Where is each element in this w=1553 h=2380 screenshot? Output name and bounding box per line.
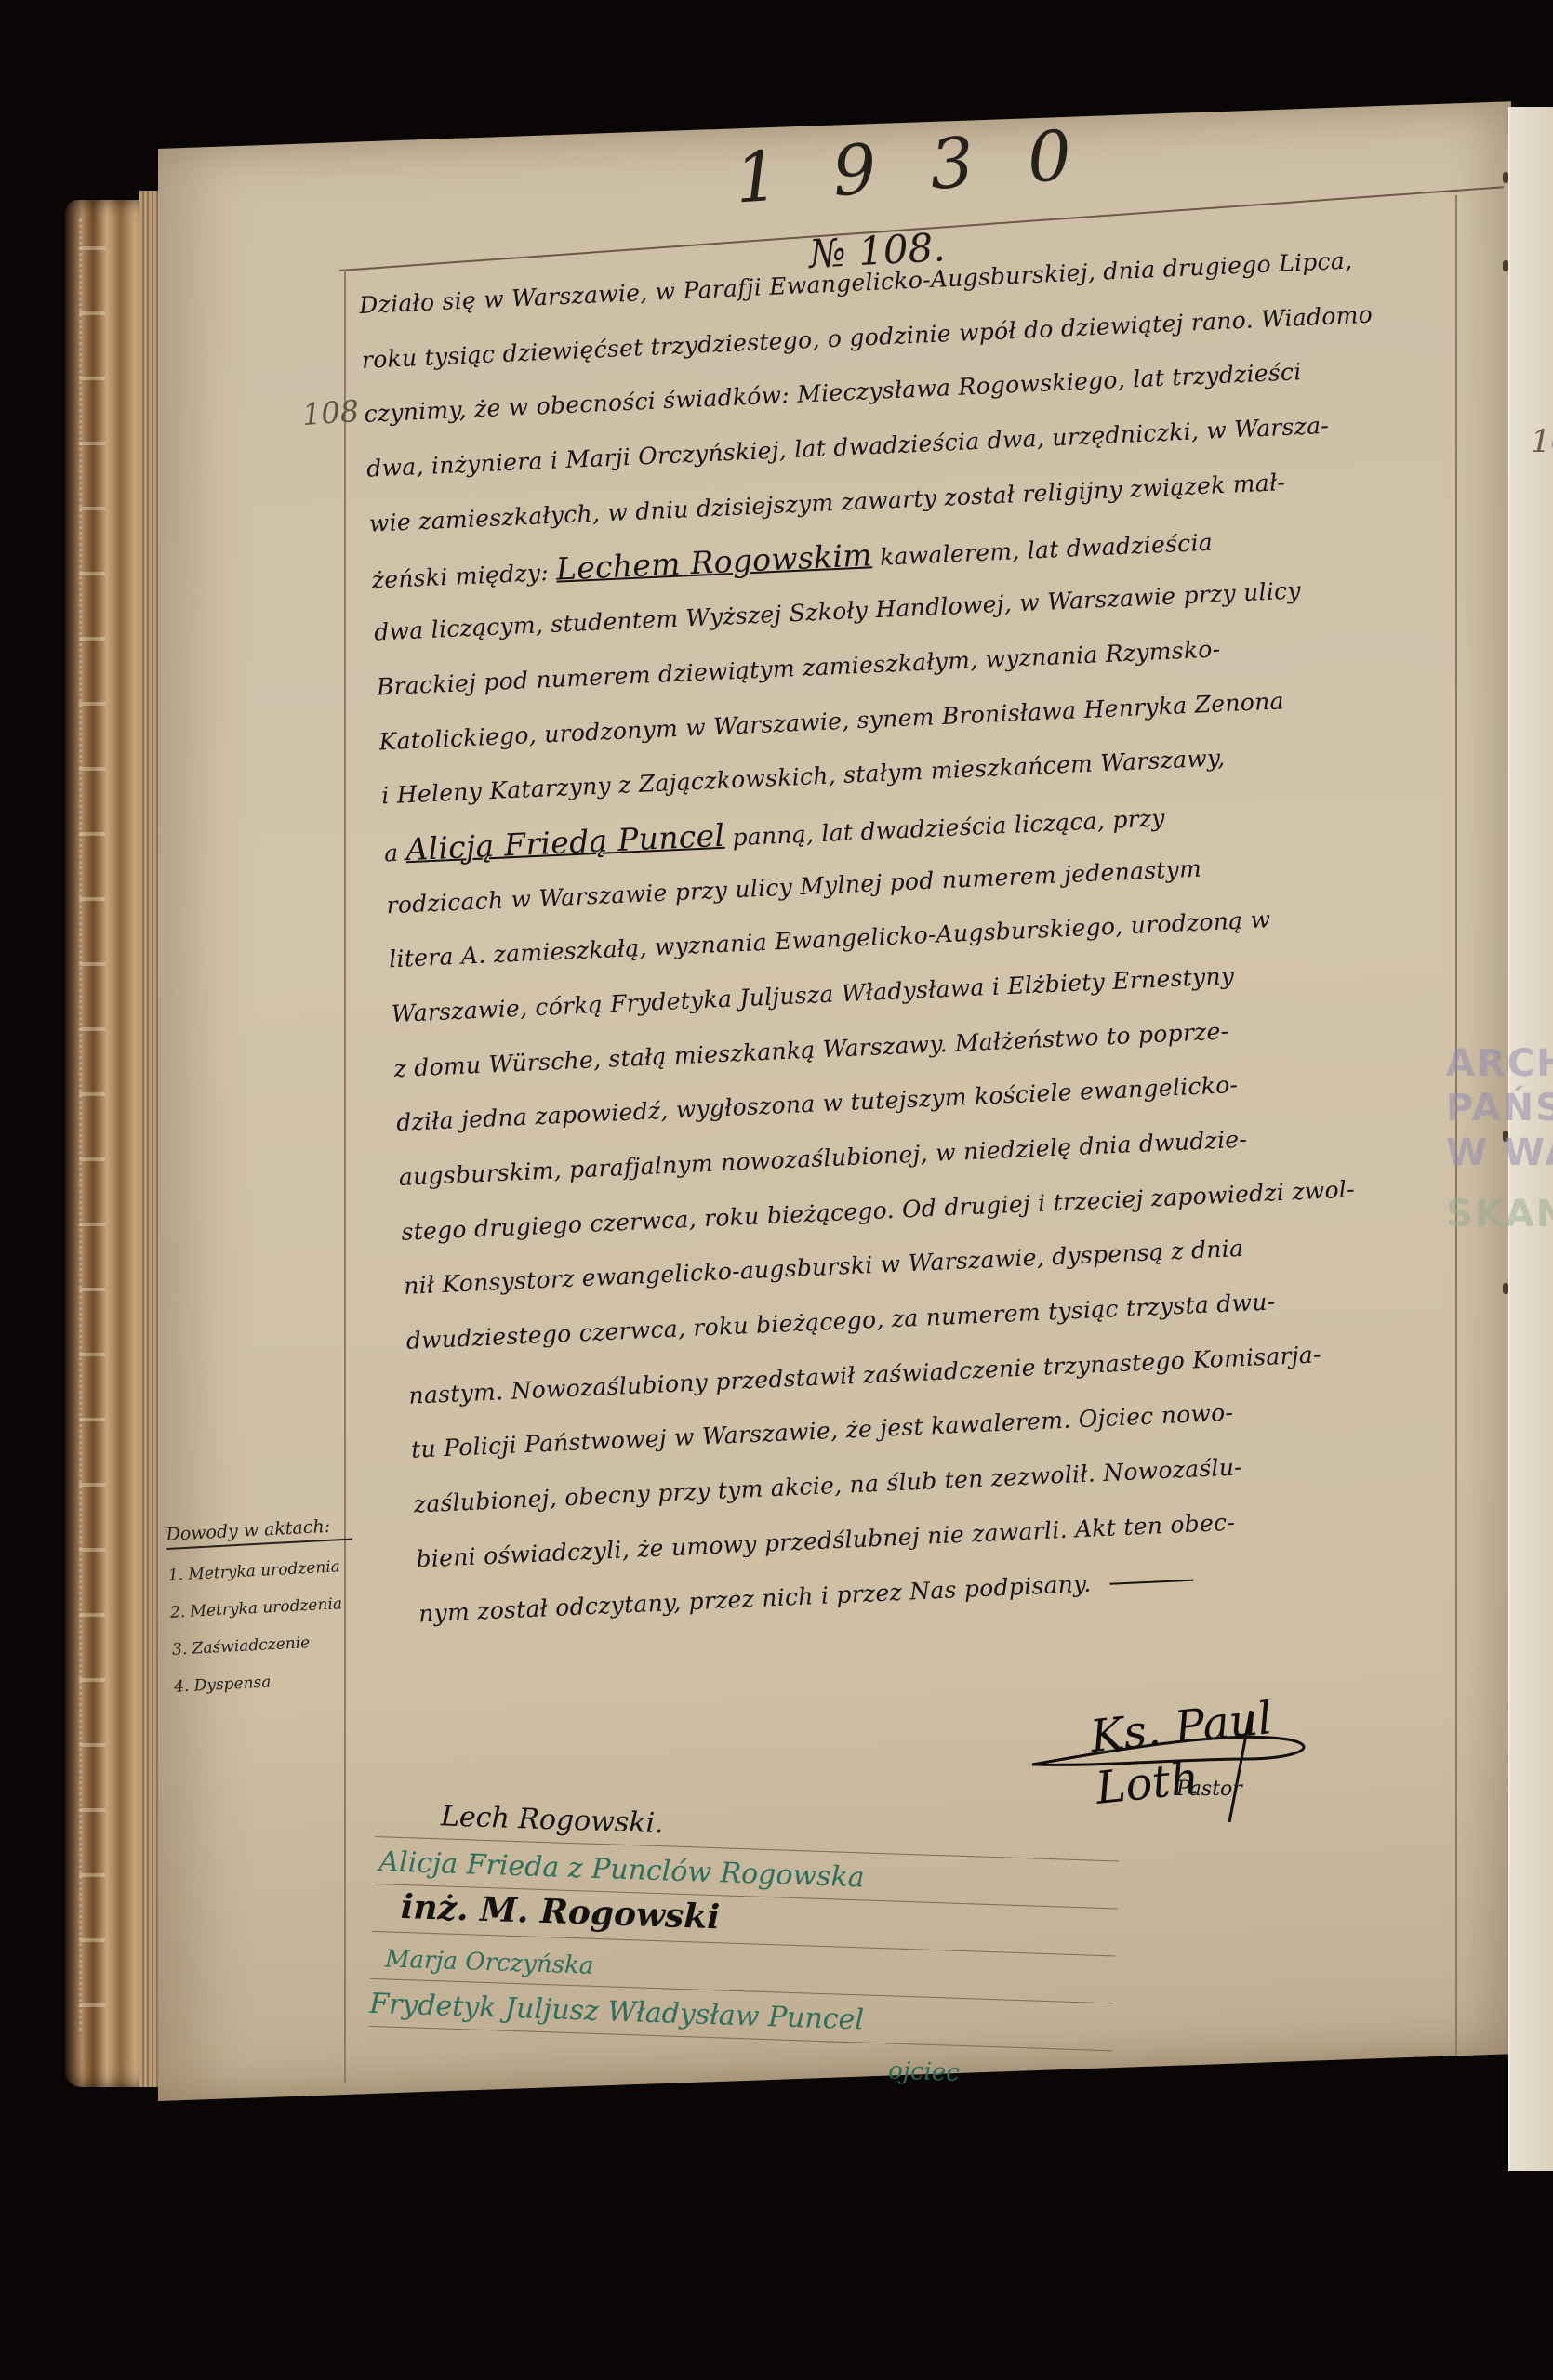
record-line-suffix: panną, lat dwadzieścia licząca, przy [724,804,1166,851]
margin-rule [344,270,346,2082]
record-line-prefix: a [383,839,406,866]
record-text: Działo się w Warszawie, w Parafji Ewange… [358,229,1520,1641]
pastor-title: Pastor [1176,1778,1242,1801]
end-dash [1109,1580,1193,1585]
signature-groom: Lech Rogowski. [441,1800,665,1840]
signature-father-label: ojciec [888,2056,960,2087]
watermark-line: PAŃSTWOWE [1446,1086,1553,1130]
signature-witness-1: inż. M. Rogowski [400,1887,720,1937]
archive-watermark: ARCHIWUM PAŃSTWOWE W WARSZAWIE SKANOTEKA [1446,1041,1553,1236]
record-line-prefix: żeński między: [371,559,557,594]
watermark-skanoteka: SKANOTEKA [1446,1192,1553,1236]
watermark-line: ARCHIWUM [1446,1041,1553,1086]
groom-name: Lechem Rogowskim [555,537,872,588]
plastic-protector [79,218,105,2031]
evidence-side-note: Dowody w aktach: 1. Metryka urodzenia 2.… [166,1515,361,1706]
signatures: Lech Rogowski. Alicja Frieda z Punclów R… [367,1790,1121,2097]
pastor-signature: Ks. Paul Loth Pastor [1014,1673,1311,1813]
binding-stitch [1503,172,1508,183]
bride-name: Alicją Friedą Puncel [405,817,725,868]
binding-stitch [1503,260,1508,271]
margin-entry-number: 108 [301,393,361,432]
next-page-number: 10 [1531,423,1553,460]
watermark-line: W WARSZAWIE [1446,1130,1553,1175]
signature-witness-2: Marja Orczyńska [384,1945,593,1979]
record-line-suffix: kawalerem, lat dwadzieścia [871,529,1213,572]
